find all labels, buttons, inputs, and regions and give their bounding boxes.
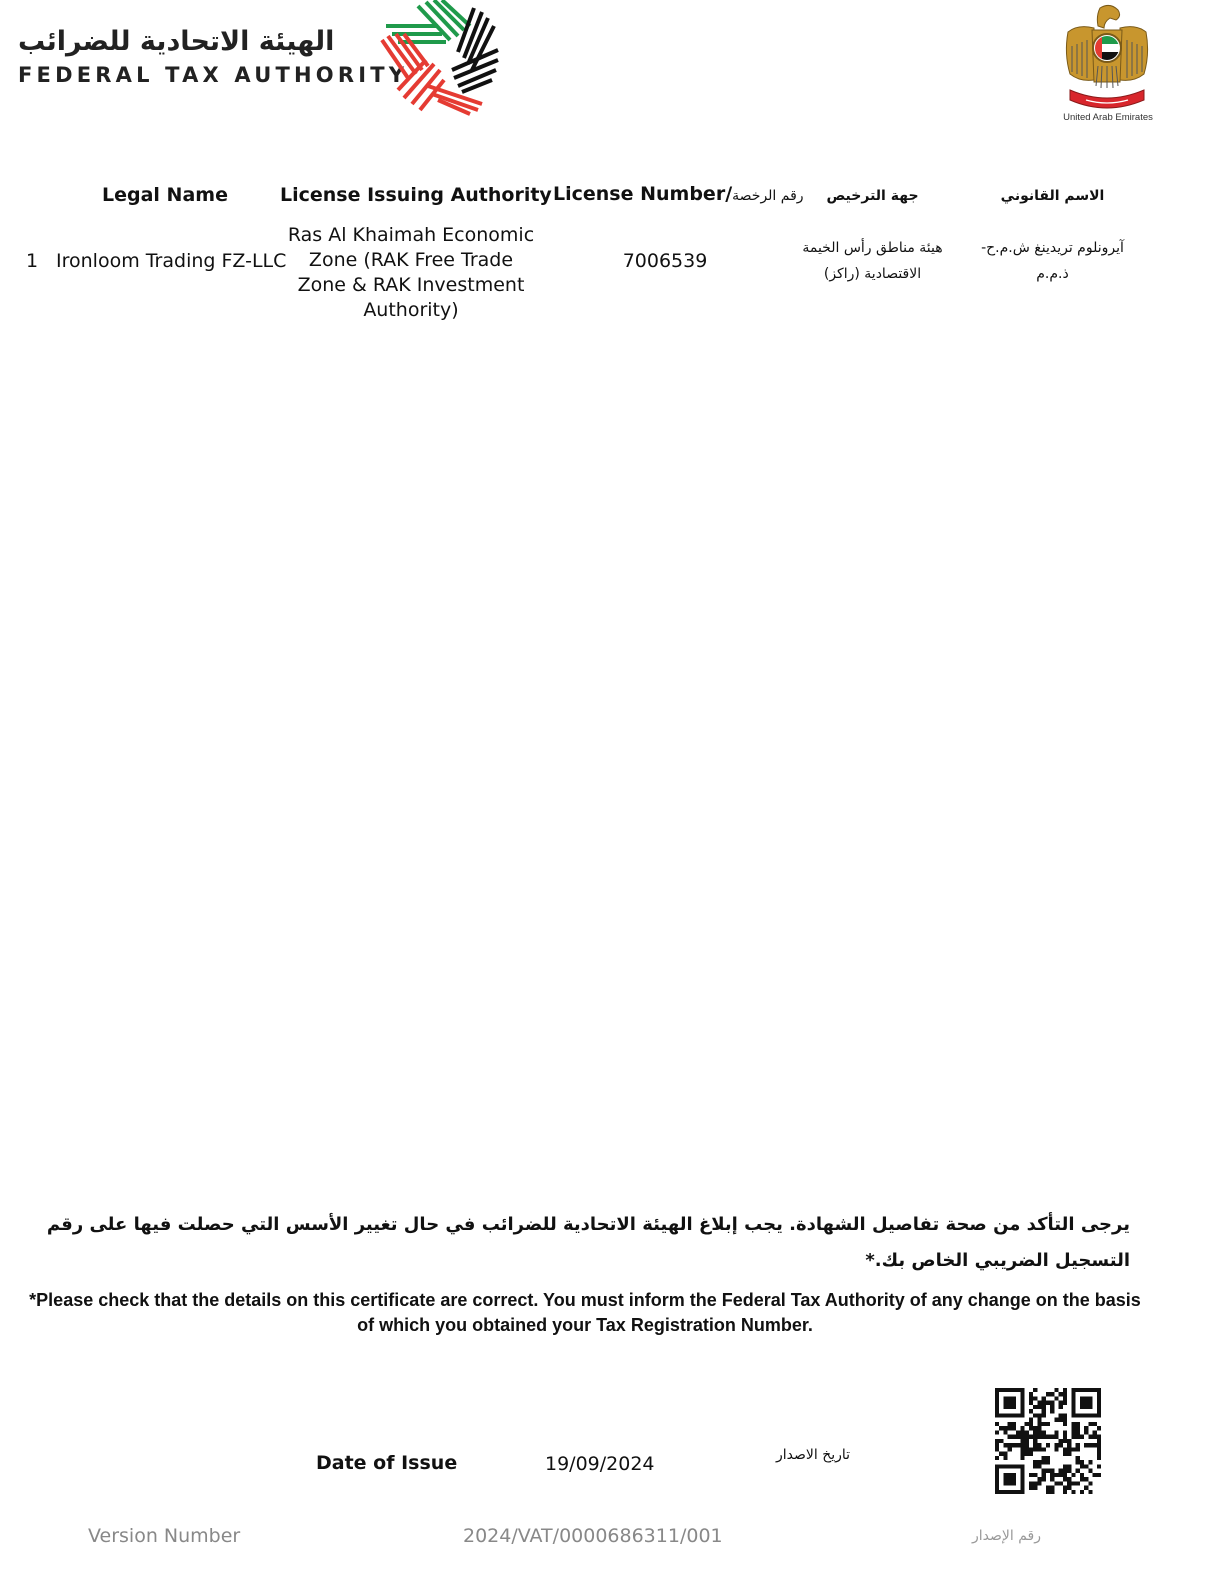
row-license-issuing-authority-ar: هيئة مناطق رأس الخيمة الاقتصادية (راكز) (800, 235, 945, 287)
header-license-number-en: License Number/ (553, 183, 732, 205)
date-of-issue-value: 19/09/2024 (545, 1453, 655, 1475)
date-of-issue-label: Date of Issue (316, 1452, 457, 1474)
header-license-number-ar: رقم الرخصة (732, 188, 803, 204)
header-license-issuing-authority-ar: جهة الترخيص (800, 188, 945, 204)
version-number-label-ar: رقم الإصدار (972, 1528, 1041, 1544)
row-legal-name: Ironloom Trading FZ-LLC (56, 249, 274, 274)
disclaimer-arabic: يرجى التأكد من صحة تفاصيل الشهادة. يجب إ… (40, 1207, 1130, 1279)
header-legal-name-ar: الاسم القانوني (980, 188, 1125, 204)
row-license-number: 7006539 (600, 249, 730, 274)
qr-code-icon (995, 1388, 1101, 1494)
fta-rings-logo-icon (378, 0, 500, 116)
authority-name-english: FEDERAL TAX AUTHORITY (18, 63, 408, 87)
authority-name-arabic: الهيئة الاتحادية للضرائب (18, 26, 334, 57)
emblem-caption: United Arab Emirates (1058, 112, 1158, 123)
row-legal-name-ar: آيرونلوم تريدينغ ش.م.ح-ذ.م.م (975, 235, 1130, 287)
header-legal-name: Legal Name (85, 184, 245, 206)
row-index: 1 (26, 249, 38, 274)
date-of-issue-label-ar: تاريخ الاصدار (776, 1447, 850, 1463)
version-number-label: Version Number (88, 1525, 240, 1547)
uae-eagle-emblem-icon (1060, 2, 1154, 114)
row-license-issuing-authority: Ras Al Khaimah Economic Zone (RAK Free T… (282, 223, 540, 323)
disclaimer-english: *Please check that the details on this c… (20, 1288, 1150, 1338)
header-license-number: License Number/رقم الرخصة (553, 183, 804, 205)
header-license-issuing-authority: License Issuing Authority (280, 184, 540, 206)
version-number-value: 2024/VAT/0000686311/001 (463, 1525, 723, 1547)
